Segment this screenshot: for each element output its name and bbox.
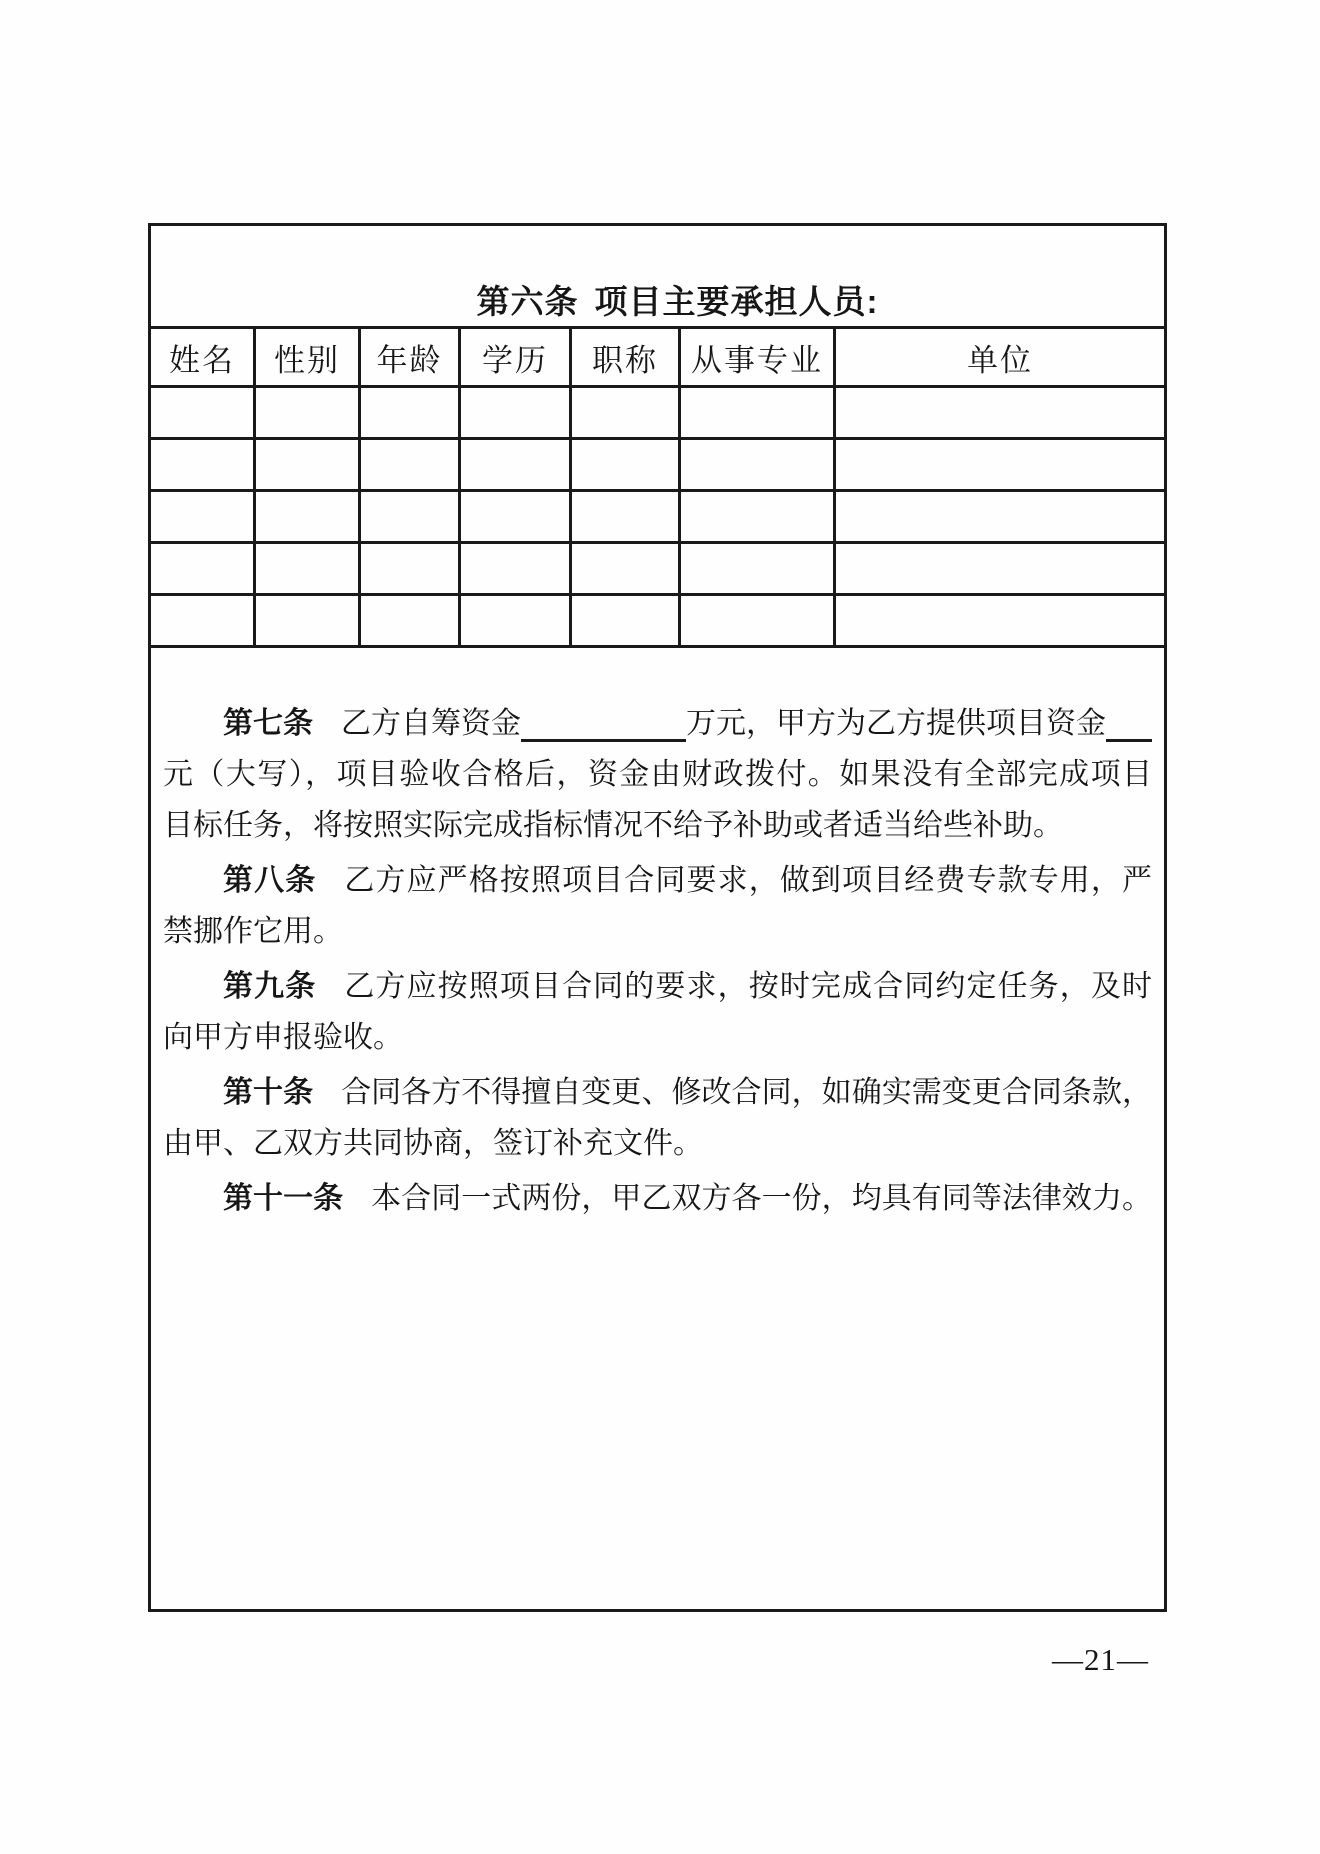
article-7-line-2: 元（大写），项目验收合格后，资金由财政拨付。如果没有全部完成项目 <box>163 749 1152 800</box>
personnel-cell <box>255 595 360 647</box>
personnel-cell <box>835 387 1166 439</box>
table-row <box>150 387 1166 439</box>
article-7-line-1: 第七条 乙方自筹资金 万元，甲方为乙方提供项目资金 <box>163 698 1152 749</box>
personnel-table-body <box>150 387 1166 647</box>
personnel-cell <box>255 387 360 439</box>
personnel-cell <box>150 543 255 595</box>
personnel-cell <box>460 595 571 647</box>
contract-articles: 第七条 乙方自筹资金 万元，甲方为乙方提供项目资金 元（大写），项目验收合格后，… <box>151 648 1164 1228</box>
article-7-line-3: 目标任务，将按照实际完成指标情况不给予补助或者适当给些补助。 <box>163 800 1152 851</box>
document-page: 第六条项目主要承担人员: 姓名性别年龄学历职称从事专业单位 第七条 乙方自筹资金… <box>0 0 1320 1854</box>
personnel-cell <box>150 491 255 543</box>
article-10: 第十条合同各方不得擅自变更、修改合同，如确实需变更合同条款， 由甲、乙双方共同协… <box>163 1067 1152 1169</box>
personnel-cell <box>255 543 360 595</box>
personnel-cell <box>835 595 1166 647</box>
personnel-cell <box>255 439 360 491</box>
personnel-cell <box>835 439 1166 491</box>
column-header-1: 姓名 <box>150 328 255 387</box>
personnel-cell <box>571 439 680 491</box>
section-title: 第六条项目主要承担人员: <box>151 276 1164 323</box>
personnel-cell <box>835 491 1166 543</box>
personnel-cell <box>460 543 571 595</box>
table-row <box>150 595 1166 647</box>
table-row <box>150 543 1166 595</box>
table-row <box>150 439 1166 491</box>
article-7: 第七条 乙方自筹资金 万元，甲方为乙方提供项目资金 元（大写），项目验收合格后，… <box>163 698 1152 851</box>
column-header-2: 性别 <box>255 328 360 387</box>
article-label: 第十条 <box>223 1076 313 1109</box>
personnel-cell <box>360 491 460 543</box>
article-text: 万元，甲方为乙方提供项目资金 <box>686 698 1106 749</box>
column-header-6: 从事专业 <box>680 328 835 387</box>
blank-project-funding <box>1106 698 1152 742</box>
contract-box: 第六条项目主要承担人员: 姓名性别年龄学历职称从事专业单位 第七条 乙方自筹资金… <box>148 223 1167 1612</box>
personnel-cell <box>255 491 360 543</box>
personnel-cell <box>680 491 835 543</box>
article-9: 第九条乙方应按照项目合同的要求，按时完成合同约定任务，及时 向甲方申报验收。 <box>163 961 1152 1063</box>
personnel-cell <box>460 387 571 439</box>
article-text: 乙方应按照项目合同的要求，按时完成合同约定任务，及时 <box>344 970 1152 1003</box>
column-header-4: 学历 <box>460 328 571 387</box>
personnel-header-row: 姓名性别年龄学历职称从事专业单位 <box>150 328 1166 387</box>
article-label: 第十一条 <box>223 1182 343 1215</box>
personnel-cell <box>680 595 835 647</box>
article-label: 第七条 <box>223 698 313 749</box>
article-label: 第九条 <box>223 970 316 1003</box>
personnel-cell <box>150 387 255 439</box>
personnel-cell <box>360 387 460 439</box>
article-label: 第八条 <box>223 864 316 897</box>
personnel-cell <box>360 439 460 491</box>
article-9-line-1: 第九条乙方应按照项目合同的要求，按时完成合同约定任务，及时 <box>163 961 1152 1012</box>
personnel-cell <box>150 595 255 647</box>
table-row <box>150 491 1166 543</box>
article-10-line-2: 由甲、乙双方共同协商，签订补充文件。 <box>163 1118 1152 1169</box>
personnel-cell <box>680 387 835 439</box>
blank-self-funding-amount <box>521 698 686 742</box>
article-8-line-1: 第八条乙方应严格按照项目合同要求，做到项目经费专款专用，严 <box>163 855 1152 906</box>
personnel-cell <box>571 595 680 647</box>
personnel-cell <box>150 439 255 491</box>
article-text: 合同各方不得擅自变更、修改合同，如确实需变更合同条款， <box>341 1076 1152 1109</box>
article-text: 乙方自筹资金 <box>341 698 521 749</box>
personnel-cell <box>835 543 1166 595</box>
personnel-cell <box>571 491 680 543</box>
article-8: 第八条乙方应严格按照项目合同要求，做到项目经费专款专用，严 禁挪作它用。 <box>163 855 1152 957</box>
page-number: —21— <box>1052 1642 1149 1678</box>
personnel-cell <box>360 543 460 595</box>
article-10-line-1: 第十条合同各方不得擅自变更、修改合同，如确实需变更合同条款， <box>163 1067 1152 1118</box>
article-8-line-2: 禁挪作它用。 <box>163 906 1152 957</box>
article-9-line-2: 向甲方申报验收。 <box>163 1012 1152 1063</box>
personnel-cell <box>460 491 571 543</box>
personnel-cell <box>680 543 835 595</box>
personnel-cell <box>680 439 835 491</box>
personnel-cell <box>460 439 571 491</box>
article-11-line-1: 第十一条本合同一式两份，甲乙双方各一份，均具有同等法律效力。 <box>163 1173 1152 1224</box>
article-11: 第十一条本合同一式两份，甲乙双方各一份，均具有同等法律效力。 <box>163 1173 1152 1224</box>
personnel-cell <box>571 543 680 595</box>
column-header-5: 职称 <box>571 328 680 387</box>
personnel-cell <box>360 595 460 647</box>
column-header-3: 年龄 <box>360 328 460 387</box>
article-text: 本合同一式两份，甲乙双方各一份，均具有同等法律效力。 <box>371 1182 1152 1215</box>
column-header-7: 单位 <box>835 328 1166 387</box>
article-text: 乙方应严格按照项目合同要求，做到项目经费专款专用，严 <box>344 864 1152 897</box>
section-title-text: 项目主要承担人员: <box>595 283 879 320</box>
personnel-table: 姓名性别年龄学历职称从事专业单位 <box>148 326 1167 648</box>
article-six-label: 第六条 <box>477 283 579 320</box>
personnel-cell <box>571 387 680 439</box>
